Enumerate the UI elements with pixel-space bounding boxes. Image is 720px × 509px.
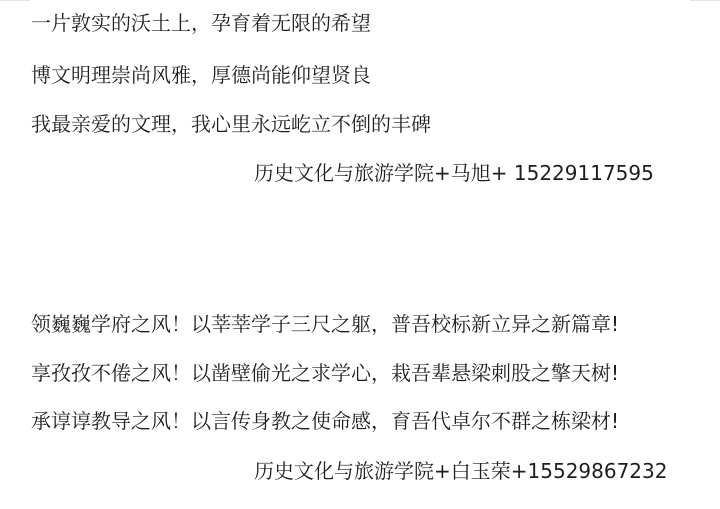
author-signature: 历史文化与旅游学院+马旭+ 15229117595: [254, 161, 654, 185]
poem-line: 我最亲爱的文理，我心里永远屹立不倒的丰碑: [31, 112, 431, 136]
author-signature: 历史文化与旅游学院+白玉荣+15529867232: [254, 459, 668, 483]
poem-line: 一片敦实的沃土上，孕育着无限的希望: [31, 11, 371, 35]
page-edge-divider: [0, 0, 30, 1]
poem-line: 领巍巍学府之风！以莘莘学子三尺之躯，普吾校标新立异之新篇章!: [31, 312, 619, 336]
poem-line: 博文明理崇尚风雅，厚德尚能仰望贤良: [31, 63, 371, 87]
poem-line: 享孜孜不倦之风！以凿壁偷光之求学心，栽吾辈悬梁刺股之擎天树!: [31, 361, 619, 385]
page-edge-divider: [690, 0, 720, 1]
poem-line: 承谆谆教导之风！以言传身教之使命感，育吾代卓尔不群之栋梁材!: [31, 409, 619, 433]
